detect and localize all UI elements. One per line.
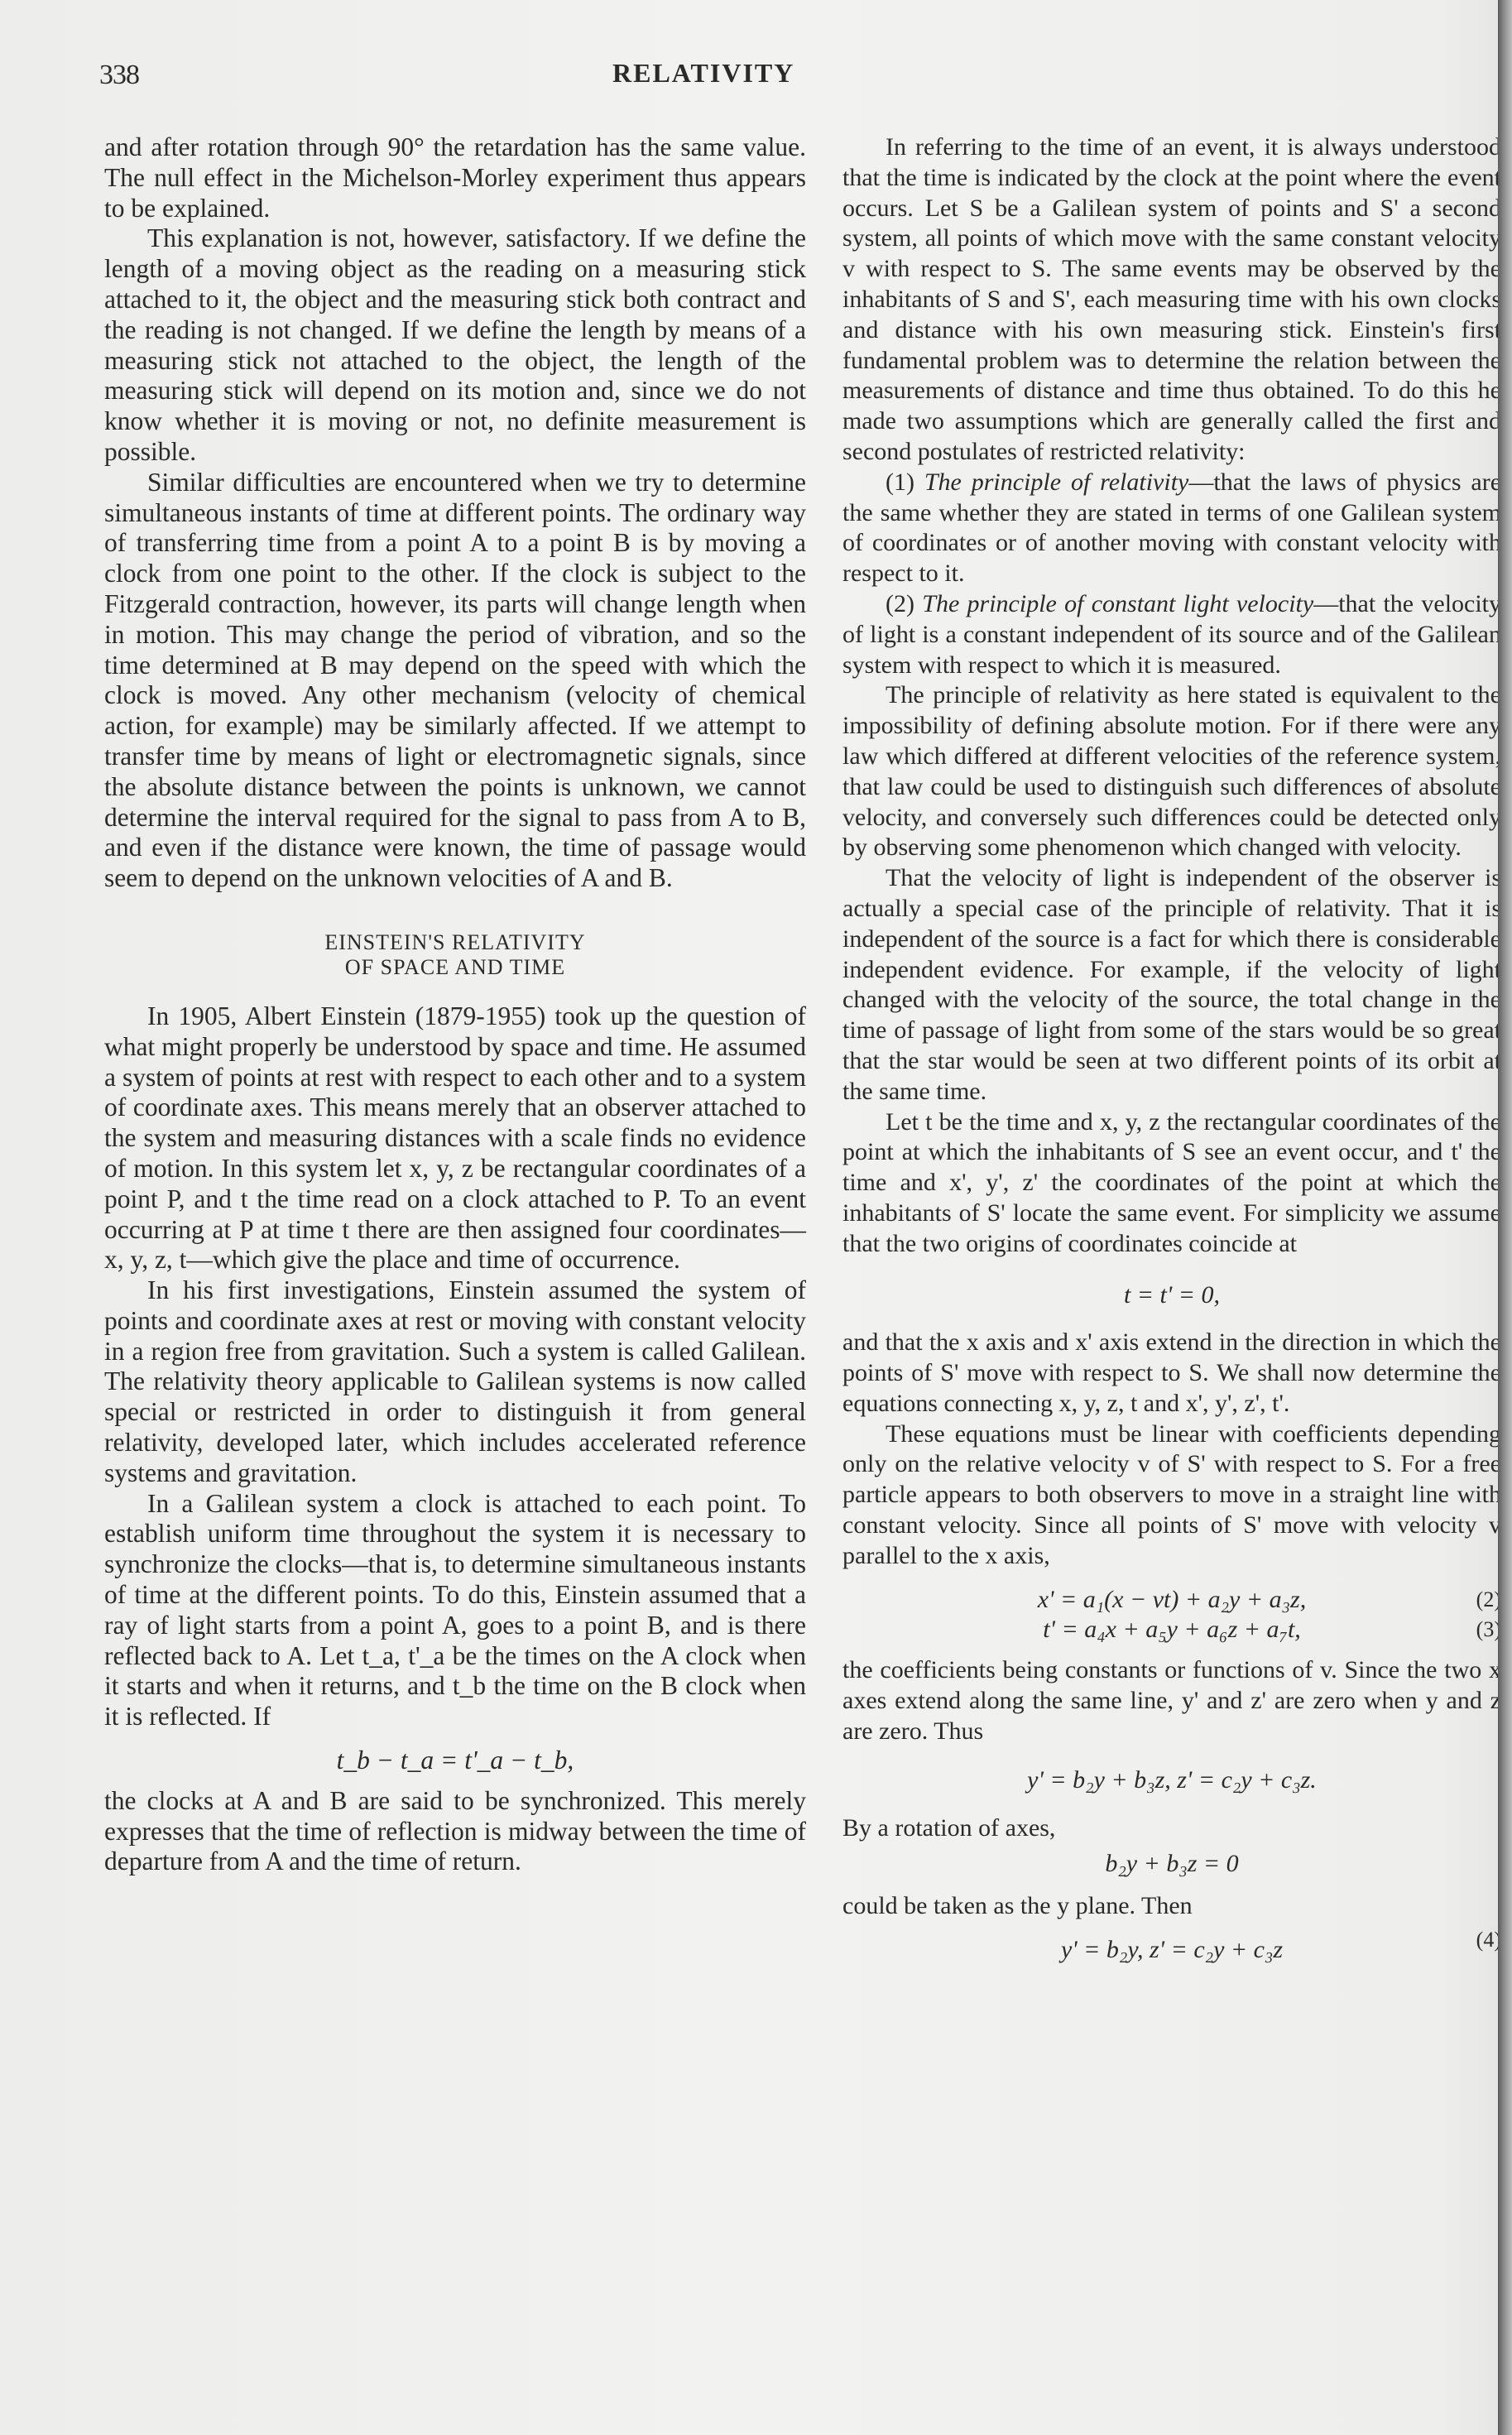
- equation-synchronization: t_b − t_a = t'_a − t_b,: [104, 1746, 806, 1776]
- equation-4-row: y' = b₂y, z' = c₂y + c₃z (4): [842, 1935, 1501, 1966]
- equation-text: x' = a₁(x − vt) + a₂y + a₃z,: [1038, 1586, 1306, 1613]
- paragraph: These equations must be linear with coef…: [842, 1419, 1501, 1572]
- right-column: In referring to the time of an event, it…: [842, 132, 1501, 1976]
- postulate-title: The principle of constant light velocity: [922, 590, 1313, 617]
- equation-2: x' = a₁(x − vt) + a₂y + a₃z, (2): [842, 1585, 1501, 1616]
- paragraph: and that the x axis and x' axis extend i…: [842, 1328, 1501, 1419]
- page-binding-edge: [1498, 0, 1512, 2435]
- paragraph: In referring to the time of an event, it…: [842, 132, 1501, 468]
- postulate-1: (1) The principle of relativity—that the…: [842, 468, 1501, 589]
- equation-text: y' = b₂y, z' = c₂y + c₃z: [1061, 1936, 1283, 1963]
- postulate-2: (2) The principle of constant light velo…: [842, 589, 1501, 680]
- postulate-label: (1): [886, 468, 914, 496]
- paragraph: the coefficients being constants or func…: [842, 1655, 1501, 1746]
- paragraph: That the velocity of light is independen…: [842, 863, 1501, 1107]
- equation-rotation: b₂y + b₃z = 0: [842, 1849, 1501, 1880]
- paragraph: The principle of relativity as here stat…: [842, 680, 1501, 863]
- book-page: 338 RELATIVITY and after rotation throug…: [0, 0, 1498, 2435]
- equation-text: t' = a₄x + a₅y + a₆z + a₇t,: [1043, 1616, 1301, 1643]
- equation-4: y' = b₂y, z' = c₂y + c₃z (4): [842, 1935, 1501, 1966]
- paragraph: In a Galilean system a clock is attached…: [104, 1489, 806, 1732]
- paragraph: Let t be the time and x, y, z the rectan…: [842, 1107, 1501, 1260]
- equation-3: t' = a₄x + a₅y + a₆z + a₇t, (3): [842, 1615, 1501, 1645]
- running-title: RELATIVITY: [612, 58, 794, 89]
- postulate-title: The principle of relativity: [924, 468, 1188, 496]
- paragraph: This explanation is not, however, satisf…: [104, 223, 806, 467]
- equation-origin: t = t' = 0,: [842, 1280, 1501, 1311]
- section-heading: EINSTEIN'S RELATIVITY OF SPACE AND TIME: [104, 930, 806, 980]
- paragraph: In his first investigations, Einstein as…: [104, 1275, 806, 1489]
- postulate-label: (2): [886, 590, 914, 617]
- section-heading-line: EINSTEIN'S RELATIVITY: [104, 930, 806, 955]
- paragraph: the clocks at A and B are said to be syn…: [104, 1786, 806, 1877]
- section-heading-line: OF SPACE AND TIME: [104, 955, 806, 980]
- paragraph: In 1905, Albert Einstein (1879-1955) too…: [104, 1001, 806, 1275]
- equation-block-2-3: x' = a₁(x − vt) + a₂y + a₃z, (2) t' = a₄…: [842, 1585, 1501, 1646]
- paragraph: Similar difficulties are encountered whe…: [104, 468, 806, 894]
- paragraph: By a rotation of axes,: [842, 1813, 1501, 1844]
- paragraph: and after rotation through 90° the retar…: [104, 132, 806, 223]
- left-column: and after rotation through 90° the retar…: [104, 132, 806, 1877]
- paragraph: could be taken as the y plane. Then: [842, 1891, 1501, 1922]
- equation-yz: y' = b₂y + b₃z, z' = c₂y + c₃z.: [842, 1765, 1501, 1796]
- page-number: 338: [99, 60, 139, 91]
